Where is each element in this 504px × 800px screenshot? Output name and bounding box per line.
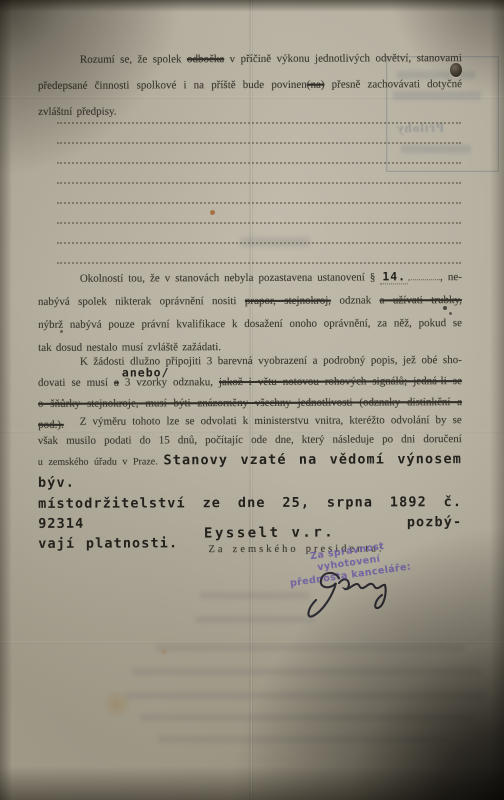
dotted-fill <box>408 269 440 280</box>
strikethrough-text: a užívati trubky, <box>380 294 462 306</box>
typed-paragraph-number: 14. <box>380 269 408 284</box>
strikethrough-text: prapor, stejnokroj, <box>245 295 331 307</box>
body-text: odznak <box>339 294 371 306</box>
text-line: nýbrž nabývá pouze právní kvalifikace k … <box>38 312 462 337</box>
ruled-line <box>57 182 461 184</box>
body-text: předepsané činnosti spolkové i na příště… <box>38 79 307 92</box>
body-text: dovati se musí <box>38 377 108 389</box>
text-line: Rozumí se, že spolek odbočka v příčině v… <box>38 45 462 73</box>
text-line: předepsané činnosti spolkové i na příště… <box>38 71 462 99</box>
text-line: však musilo podati do 15 dnů, počítajíc … <box>38 430 462 451</box>
text-line: K žádosti dlužno připojiti 3 barevná vyo… <box>38 350 462 373</box>
document-photo: Přílohy Rozumí se, že spolek odbočka v p… <box>0 0 504 800</box>
ruled-line <box>57 202 461 204</box>
text-line: zvláštní předpisy. <box>38 97 462 125</box>
handwritten-signature <box>299 569 391 632</box>
paragraph-2: Okolností tou, že v stanovách nebyla poz… <box>38 265 462 360</box>
signature-scribble <box>299 569 391 627</box>
ruled-line <box>57 222 461 224</box>
typed-signature-name: Eysselt v.r. <box>204 524 335 541</box>
body-text: u zemského úřadu v Praze. <box>38 456 158 468</box>
paragraph-1: Rozumí se, že spolek odbočka v příčině v… <box>38 45 462 125</box>
body-text: v příčině výkonu jednotlivých odvětví, s… <box>230 52 462 65</box>
text-line: Z výměru tohoto lze se odvolati k minist… <box>38 411 462 432</box>
body-text: přesně zachovávati dotyčné <box>332 78 462 91</box>
ruled-line <box>57 142 461 144</box>
ruled-line <box>57 162 461 164</box>
text-line: anebo/ dovati se musí a 3 vzorky odznaku… <box>38 371 462 394</box>
text-line: Okolností tou, že v stanovách nebyla poz… <box>38 265 462 291</box>
body-text: nabývá spolek nikterak oprávnění nositi <box>38 295 237 308</box>
body-text: , ne- <box>440 271 462 283</box>
ruled-line <box>57 122 461 124</box>
strikethrough-text: odbočka <box>187 53 224 65</box>
typed-insertion: anebo/ <box>122 362 170 383</box>
body-text: Rozumí se, že spolek <box>80 53 182 65</box>
strikethrough-text: a <box>114 377 119 389</box>
strikethrough-text: jakož i větu notovou rohových signálů; j… <box>219 375 462 388</box>
typed-annotation: vají platnosti. <box>38 535 178 552</box>
strikethrough-text: (na) <box>307 79 325 91</box>
ruled-line <box>57 242 461 244</box>
text-line: nabývá spolek nikterak oprávnění nositi … <box>38 289 462 314</box>
ruled-line <box>57 262 461 264</box>
text-line: u zemského úřadu v Praze. Stanovy vzaté … <box>38 449 462 494</box>
body-text: Okolností tou, že v stanovách nebyla poz… <box>80 271 376 284</box>
